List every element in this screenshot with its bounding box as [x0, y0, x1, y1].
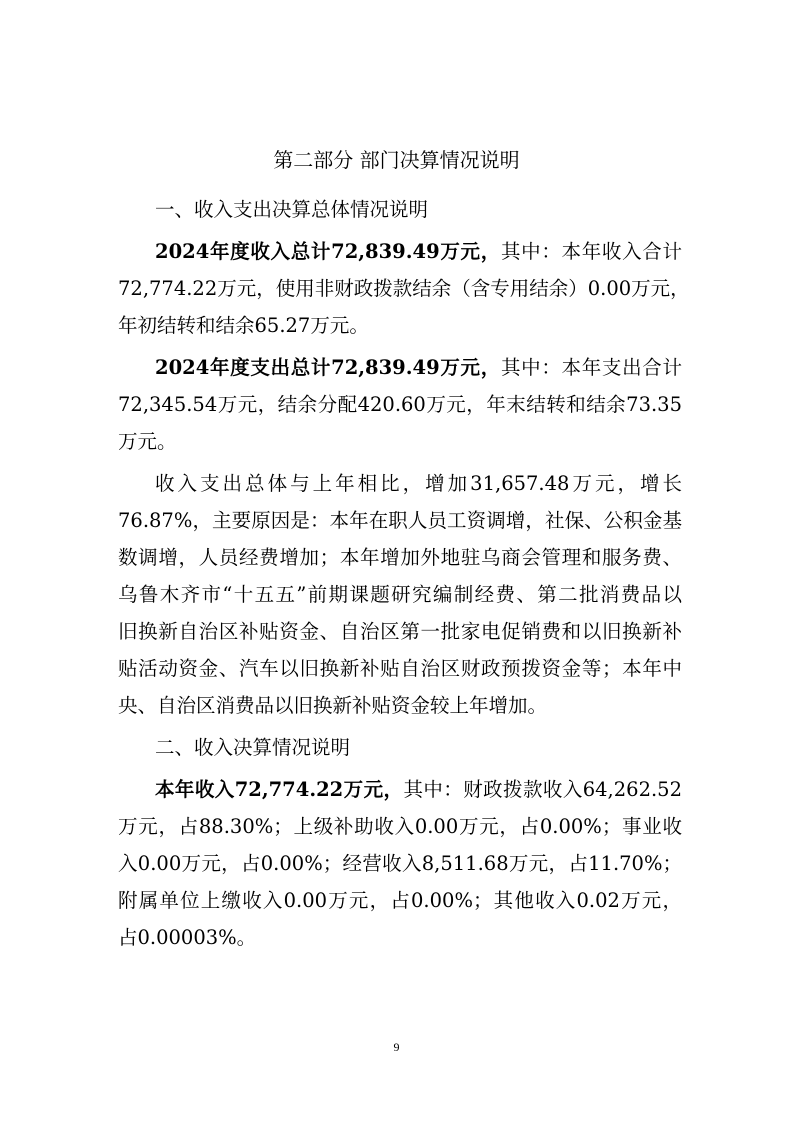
paragraph-comparison-line-3: 数调增，人员经费增加；本年增加外地驻乌商会管理和服务费、: [118, 546, 682, 570]
paragraph-expense-total-line-1: 2024年度支出总计72,839.49万元，其中：本年支出合计: [155, 356, 682, 380]
page-number: 9: [0, 1040, 793, 1055]
paragraph-comparison-line-5: 旧换新自治区补贴资金、自治区第一批家电促销费和以旧换新补: [118, 620, 682, 644]
income-total-lead: 2024年度收入总计72,839.49万元，: [155, 240, 501, 263]
paragraph-expense-total-line-2: 72,345.54万元，结余分配420.60万元，年末结转和结余73.35: [118, 393, 682, 417]
section-heading-income: 二、收入决算情况说明: [155, 736, 682, 760]
page-title: 第二部分 部门决算情况说明: [0, 148, 793, 172]
paragraph-income-total-line-3: 年初结转和结余65.27万元。: [118, 314, 682, 338]
income-total-text: 其中：本年收入合计: [501, 240, 682, 263]
paragraph-income-total-line-1: 2024年度收入总计72,839.49万元，其中：本年收入合计: [155, 240, 682, 264]
paragraph-income-detail-line-5: 占0.00003%。: [118, 926, 682, 950]
document-page: 第二部分 部门决算情况说明 一、收入支出决算总体情况说明 2024年度收入总计7…: [0, 0, 793, 1122]
paragraph-comparison-line-7: 央、自治区消费品以旧换新补贴资金较上年增加。: [118, 694, 682, 718]
paragraph-income-detail-line-1: 本年收入72,774.22万元，其中：财政拨款收入64,262.52: [155, 778, 682, 802]
section-heading-overall: 一、收入支出决算总体情况说明: [155, 198, 682, 222]
expense-total-lead: 2024年度支出总计72,839.49万元，: [155, 356, 501, 379]
income-detail-text: 其中：财政拨款收入64,262.52: [403, 778, 682, 801]
expense-total-text: 其中：本年支出合计: [501, 356, 682, 379]
income-detail-lead: 本年收入72,774.22万元，: [155, 778, 403, 801]
paragraph-income-detail-line-3: 入0.00万元，占0.00%；经营收入8,511.68万元，占11.70%；: [118, 852, 682, 876]
paragraph-comparison-line-4: 乌鲁木齐市“十五五”前期课题研究编制经费、第二批消费品以: [118, 583, 682, 607]
paragraph-income-detail-line-4: 附属单位上缴收入0.00万元，占0.00%；其他收入0.02万元，: [118, 889, 682, 913]
paragraph-comparison-line-1: 收入支出总体与上年相比，增加31,657.48万元，增长: [155, 472, 682, 496]
paragraph-income-total-line-2: 72,774.22万元，使用非财政拨款结余（含专用结余）0.00万元，: [118, 277, 682, 301]
paragraph-comparison-line-2: 76.87%，主要原因是：本年在职人员工资调增，社保、公积金基: [118, 509, 682, 533]
paragraph-income-detail-line-2: 万元，占88.30%；上级补助收入0.00万元，占0.00%；事业收: [118, 815, 682, 839]
paragraph-expense-total-line-3: 万元。: [118, 430, 682, 454]
paragraph-comparison-line-6: 贴活动资金、汽车以旧换新补贴自治区财政预拨资金等；本年中: [118, 657, 682, 681]
